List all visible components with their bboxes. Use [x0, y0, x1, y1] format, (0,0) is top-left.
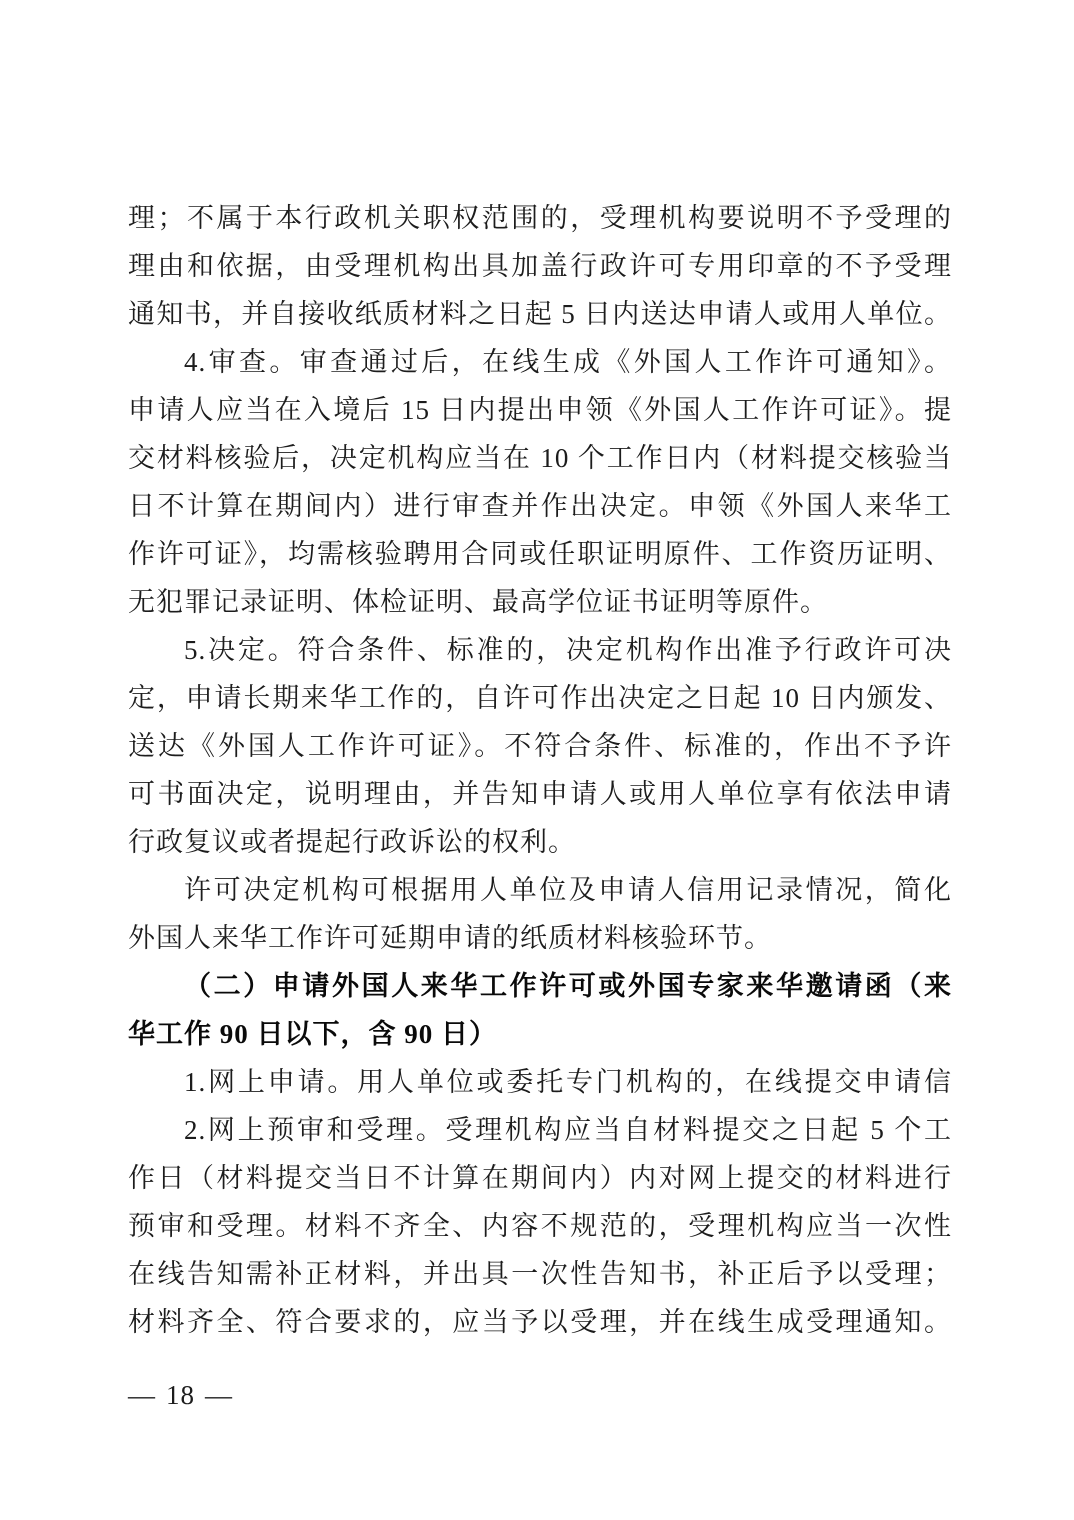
- text-line: 可书面决定，说明理由，并告知申请人或用人单位享有依法申请: [128, 770, 952, 818]
- heading-line: （二）申请外国人来华工作许可或外国专家来华邀请函（来: [128, 962, 952, 1010]
- text-line: 5.决定。符合条件、标准的，决定机构作出准予行政许可决: [128, 626, 952, 674]
- text-line: 日不计算在期间内）进行审查并作出决定。申领《外国人来华工: [128, 482, 952, 530]
- text-line: 材料齐全、符合要求的，应当予以受理，并在线生成受理通知。: [128, 1298, 952, 1346]
- text-line: 1.网上申请。用人单位或委托专门机构的，在线提交申请信息。: [128, 1058, 952, 1106]
- footer-left-dash: —: [128, 1378, 156, 1412]
- text-line: 定，申请长期来华工作的，自许可作出决定之日起 10 日内颁发、: [128, 674, 952, 722]
- text-line: 预审和受理。材料不齐全、内容不规范的，受理机构应当一次性: [128, 1202, 952, 1250]
- text-line: 外国人来华工作许可延期申请的纸质材料核验环节。: [128, 914, 952, 962]
- text-line: 无犯罪记录证明、体检证明、最高学位证书证明等原件。: [128, 578, 952, 626]
- document-body: 理；不属于本行政机关职权范围的，受理机构要说明不予受理的理由和依据，由受理机构出…: [128, 194, 952, 1346]
- footer-right-dash: —: [205, 1378, 233, 1412]
- text-line: 作日（材料提交当日不计算在期间内）内对网上提交的材料进行: [128, 1154, 952, 1202]
- text-line: 理；不属于本行政机关职权范围的，受理机构要说明不予受理的: [128, 194, 952, 242]
- document-page: 理；不属于本行政机关职权范围的，受理机构要说明不予受理的理由和依据，由受理机构出…: [0, 0, 1074, 1520]
- page-footer: —18—: [128, 1378, 243, 1412]
- text-line: 申请人应当在入境后 15 日内提出申领《外国人工作许可证》。提: [128, 386, 952, 434]
- text-line: 交材料核验后，决定机构应当在 10 个工作日内（材料提交核验当: [128, 434, 952, 482]
- page-number: 18: [166, 1380, 195, 1410]
- text-line: 作许可证》，均需核验聘用合同或任职证明原件、工作资历证明、: [128, 530, 952, 578]
- text-line: 许可决定机构可根据用人单位及申请人信用记录情况，简化: [128, 866, 952, 914]
- text-line: 通知书，并自接收纸质材料之日起 5 日内送达申请人或用人单位。: [128, 290, 952, 338]
- text-line: 送达《外国人工作许可证》。不符合条件、标准的，作出不予许: [128, 722, 952, 770]
- text-line: 2.网上预审和受理。受理机构应当自材料提交之日起 5 个工: [128, 1106, 952, 1154]
- text-line: 在线告知需补正材料，并出具一次性告知书，补正后予以受理；: [128, 1250, 952, 1298]
- text-line: 行政复议或者提起行政诉讼的权利。: [128, 818, 952, 866]
- heading-line: 华工作 90 日以下，含 90 日）: [128, 1010, 952, 1058]
- text-line: 理由和依据，由受理机构出具加盖行政许可专用印章的不予受理: [128, 242, 952, 290]
- text-line: 4.审查。审查通过后，在线生成《外国人工作许可通知》。: [128, 338, 952, 386]
